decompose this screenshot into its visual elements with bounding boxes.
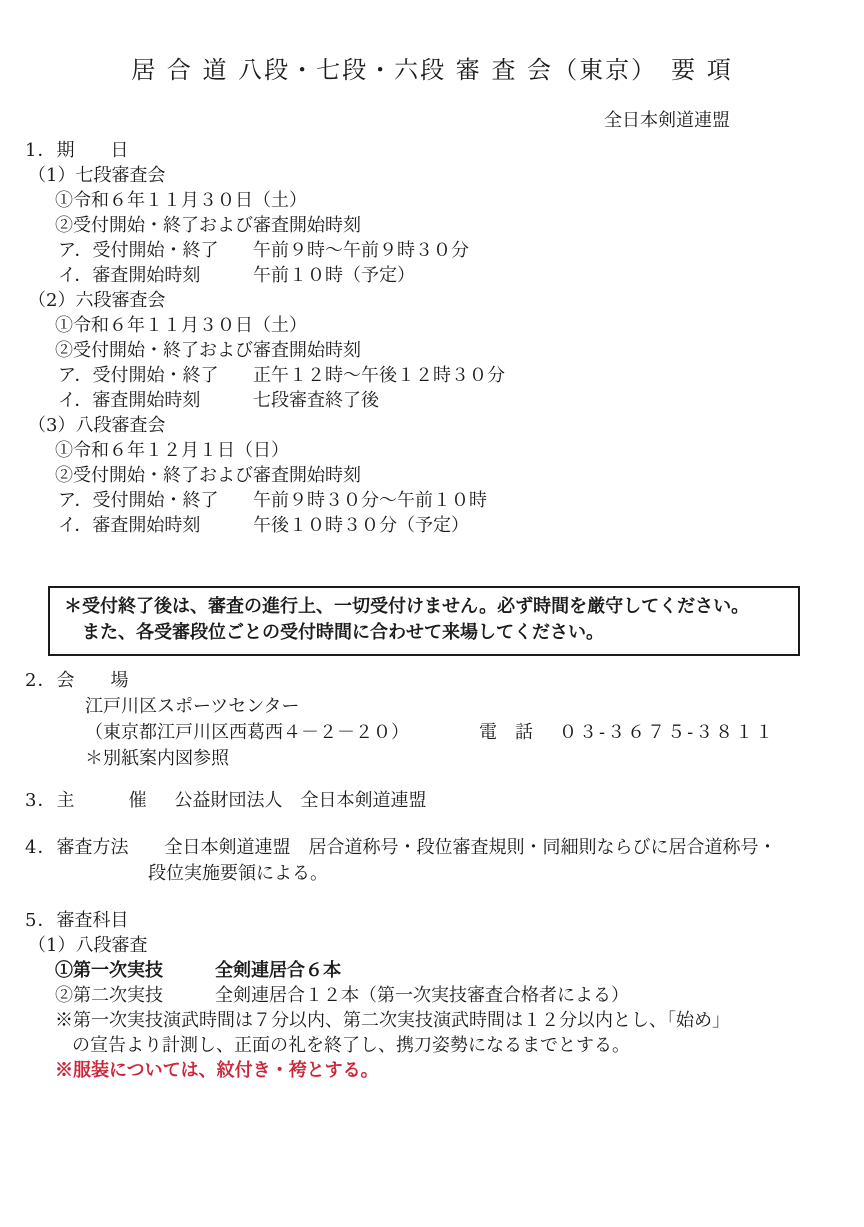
row-label: イ．審査開始時刻 — [58, 263, 253, 288]
venue-phone-number: ０３-３６７５-３８１１ — [559, 722, 775, 743]
schedule-heading-label: 期 日 — [56, 140, 128, 161]
schedule-heading-number: 1． — [25, 140, 56, 161]
section-subjects: 5．審査科目 （1）八段審査 ①第一次実技全剣連居合６本 ②第二次実技全剣連居合… — [0, 908, 864, 1083]
notice-box: ＊受付終了後は、審査の進行上、一切受付けません。必ず時間を厳守してください。 ま… — [48, 586, 800, 656]
row-label: ア．受付開始・終了 — [58, 363, 253, 388]
schedule-row: イ．審査開始時刻午後１０時３０分（予定） — [0, 513, 864, 538]
subsection-info: ②受付開始・終了および審査開始時刻 — [0, 338, 864, 363]
host-organization: 公益財団法人 全日本剣道連盟 — [174, 790, 426, 811]
venue-address: （東京都江戸川区西葛西４－２－２０） — [85, 722, 409, 743]
venue-heading-label: 会 場 — [56, 670, 128, 691]
organization-name: 全日本剣道連盟 — [0, 106, 864, 132]
method-heading-number: 4． — [25, 837, 56, 858]
venue-name: 江戸川区スポーツセンター — [0, 694, 864, 720]
schedule-row: イ．審査開始時刻七段審査終了後 — [0, 388, 864, 413]
subjects-heading-label: 審査科目 — [56, 910, 128, 931]
section-method: 4．審査方法全日本剣道連盟 居合道称号・段位審査規則・同細則ならびに居合道称号・… — [0, 835, 864, 887]
schedule-subsection-7dan: （1）七段審査会 ①令和６年１１月３０日（土） ②受付開始・終了および審査開始時… — [0, 163, 864, 288]
notice-line-1: ＊受付終了後は、審査の進行上、一切受付けません。必ず時間を厳守してください。 — [64, 594, 786, 620]
subjects-heading: 5．審査科目 — [0, 908, 864, 933]
host-heading-label: 主 催 — [56, 790, 146, 811]
dress-code-note: ※服装については、紋付き・袴とする。 — [0, 1058, 864, 1083]
subsection-date: ①令和６年１１月３０日（土） — [0, 313, 864, 338]
subject-item-label: ②第二次実技 — [55, 983, 215, 1008]
subjects-subsection-title: （1）八段審査 — [0, 933, 864, 958]
subsection-info: ②受付開始・終了および審査開始時刻 — [0, 213, 864, 238]
subject-item-value: 全剣連居合１２本（第一次実技審査合格者による） — [215, 985, 629, 1006]
subject-item-value: 全剣連居合６本 — [215, 960, 341, 981]
subsection-title: （3）八段審査会 — [0, 413, 864, 438]
method-line-2: 段位実施要領による。 — [0, 861, 864, 887]
schedule-row: ア．受付開始・終了午前９時～午前９時３０分 — [0, 238, 864, 263]
row-value: 午後１０時３０分（予定） — [253, 515, 469, 536]
subsection-info: ②受付開始・終了および審査開始時刻 — [0, 463, 864, 488]
subject-item-label: ①第一次実技 — [55, 958, 215, 983]
venue-address-line: （東京都江戸川区西葛西４－２－２０）電 話０３-３６７５-３８１１ — [0, 720, 864, 746]
row-value: 午前１０時（予定） — [253, 265, 415, 286]
subjects-note-line-2: の宣告より計測し、正面の礼を終了し、携刀姿勢になるまでとする。 — [0, 1033, 864, 1058]
notice-line-2: また、各受審段位ごとの受付時間に合わせて来場してください。 — [64, 620, 786, 646]
document-page: 居 合 道 八段・七段・六段 審 査 会（東京） 要 項 全日本剣道連盟 1．期… — [0, 0, 864, 1227]
section-schedule: 1．期 日 （1）七段審査会 ①令和６年１１月３０日（土） ②受付開始・終了およ… — [0, 138, 864, 538]
row-label: イ．審査開始時刻 — [58, 513, 253, 538]
method-heading-label: 審査方法 — [56, 837, 128, 858]
page-title: 居 合 道 八段・七段・六段 審 査 会（東京） 要 項 — [0, 50, 864, 85]
subjects-heading-number: 5． — [25, 910, 56, 931]
row-value: 正午１２時～午後１２時３０分 — [253, 365, 505, 386]
schedule-row: イ．審査開始時刻午前１０時（予定） — [0, 263, 864, 288]
section-venue: 2．会 場 江戸川区スポーツセンター （東京都江戸川区西葛西４－２－２０）電 話… — [0, 668, 864, 772]
method-text: 全日本剣道連盟 居合道称号・段位審査規則・同細則ならびに居合道称号・ — [164, 837, 776, 858]
subsection-date: ①令和６年１１月３０日（土） — [0, 188, 864, 213]
schedule-row: ア．受付開始・終了正午１２時～午後１２時３０分 — [0, 363, 864, 388]
section-host: 3．主 催公益財団法人 全日本剣道連盟 — [0, 788, 864, 814]
subsection-title: （2）六段審査会 — [0, 288, 864, 313]
schedule-subsection-8dan: （3）八段審査会 ①令和６年１２月１日（日） ②受付開始・終了および審査開始時刻… — [0, 413, 864, 538]
row-value: 七段審査終了後 — [253, 390, 379, 411]
row-value: 午前９時３０分～午前１０時 — [253, 490, 487, 511]
subjects-note-line-1: ※第一次実技演武時間は７分以内、第二次実技演武時間は１２分以内とし、「始め」 — [0, 1008, 864, 1033]
schedule-row: ア．受付開始・終了午前９時３０分～午前１０時 — [0, 488, 864, 513]
subsection-title: （1）七段審査会 — [0, 163, 864, 188]
row-label: ア．受付開始・終了 — [58, 238, 253, 263]
venue-heading: 2．会 場 — [0, 668, 864, 694]
venue-heading-number: 2． — [25, 670, 56, 691]
venue-phone-label: 電 話 — [479, 722, 533, 743]
schedule-subsection-6dan: （2）六段審査会 ①令和６年１１月３０日（土） ②受付開始・終了および審査開始時… — [0, 288, 864, 413]
venue-map-note: ＊別紙案内図参照 — [0, 746, 864, 772]
row-label: イ．審査開始時刻 — [58, 388, 253, 413]
subject-item: ②第二次実技全剣連居合１２本（第一次実技審査合格者による） — [0, 983, 864, 1008]
row-label: ア．受付開始・終了 — [58, 488, 253, 513]
row-value: 午前９時～午前９時３０分 — [253, 240, 469, 261]
method-line-1: 4．審査方法全日本剣道連盟 居合道称号・段位審査規則・同細則ならびに居合道称号・ — [0, 835, 864, 861]
host-heading-number: 3． — [25, 790, 56, 811]
schedule-heading: 1．期 日 — [0, 138, 864, 163]
subject-item: ①第一次実技全剣連居合６本 — [0, 958, 864, 983]
subsection-date: ①令和６年１２月１日（日） — [0, 438, 864, 463]
